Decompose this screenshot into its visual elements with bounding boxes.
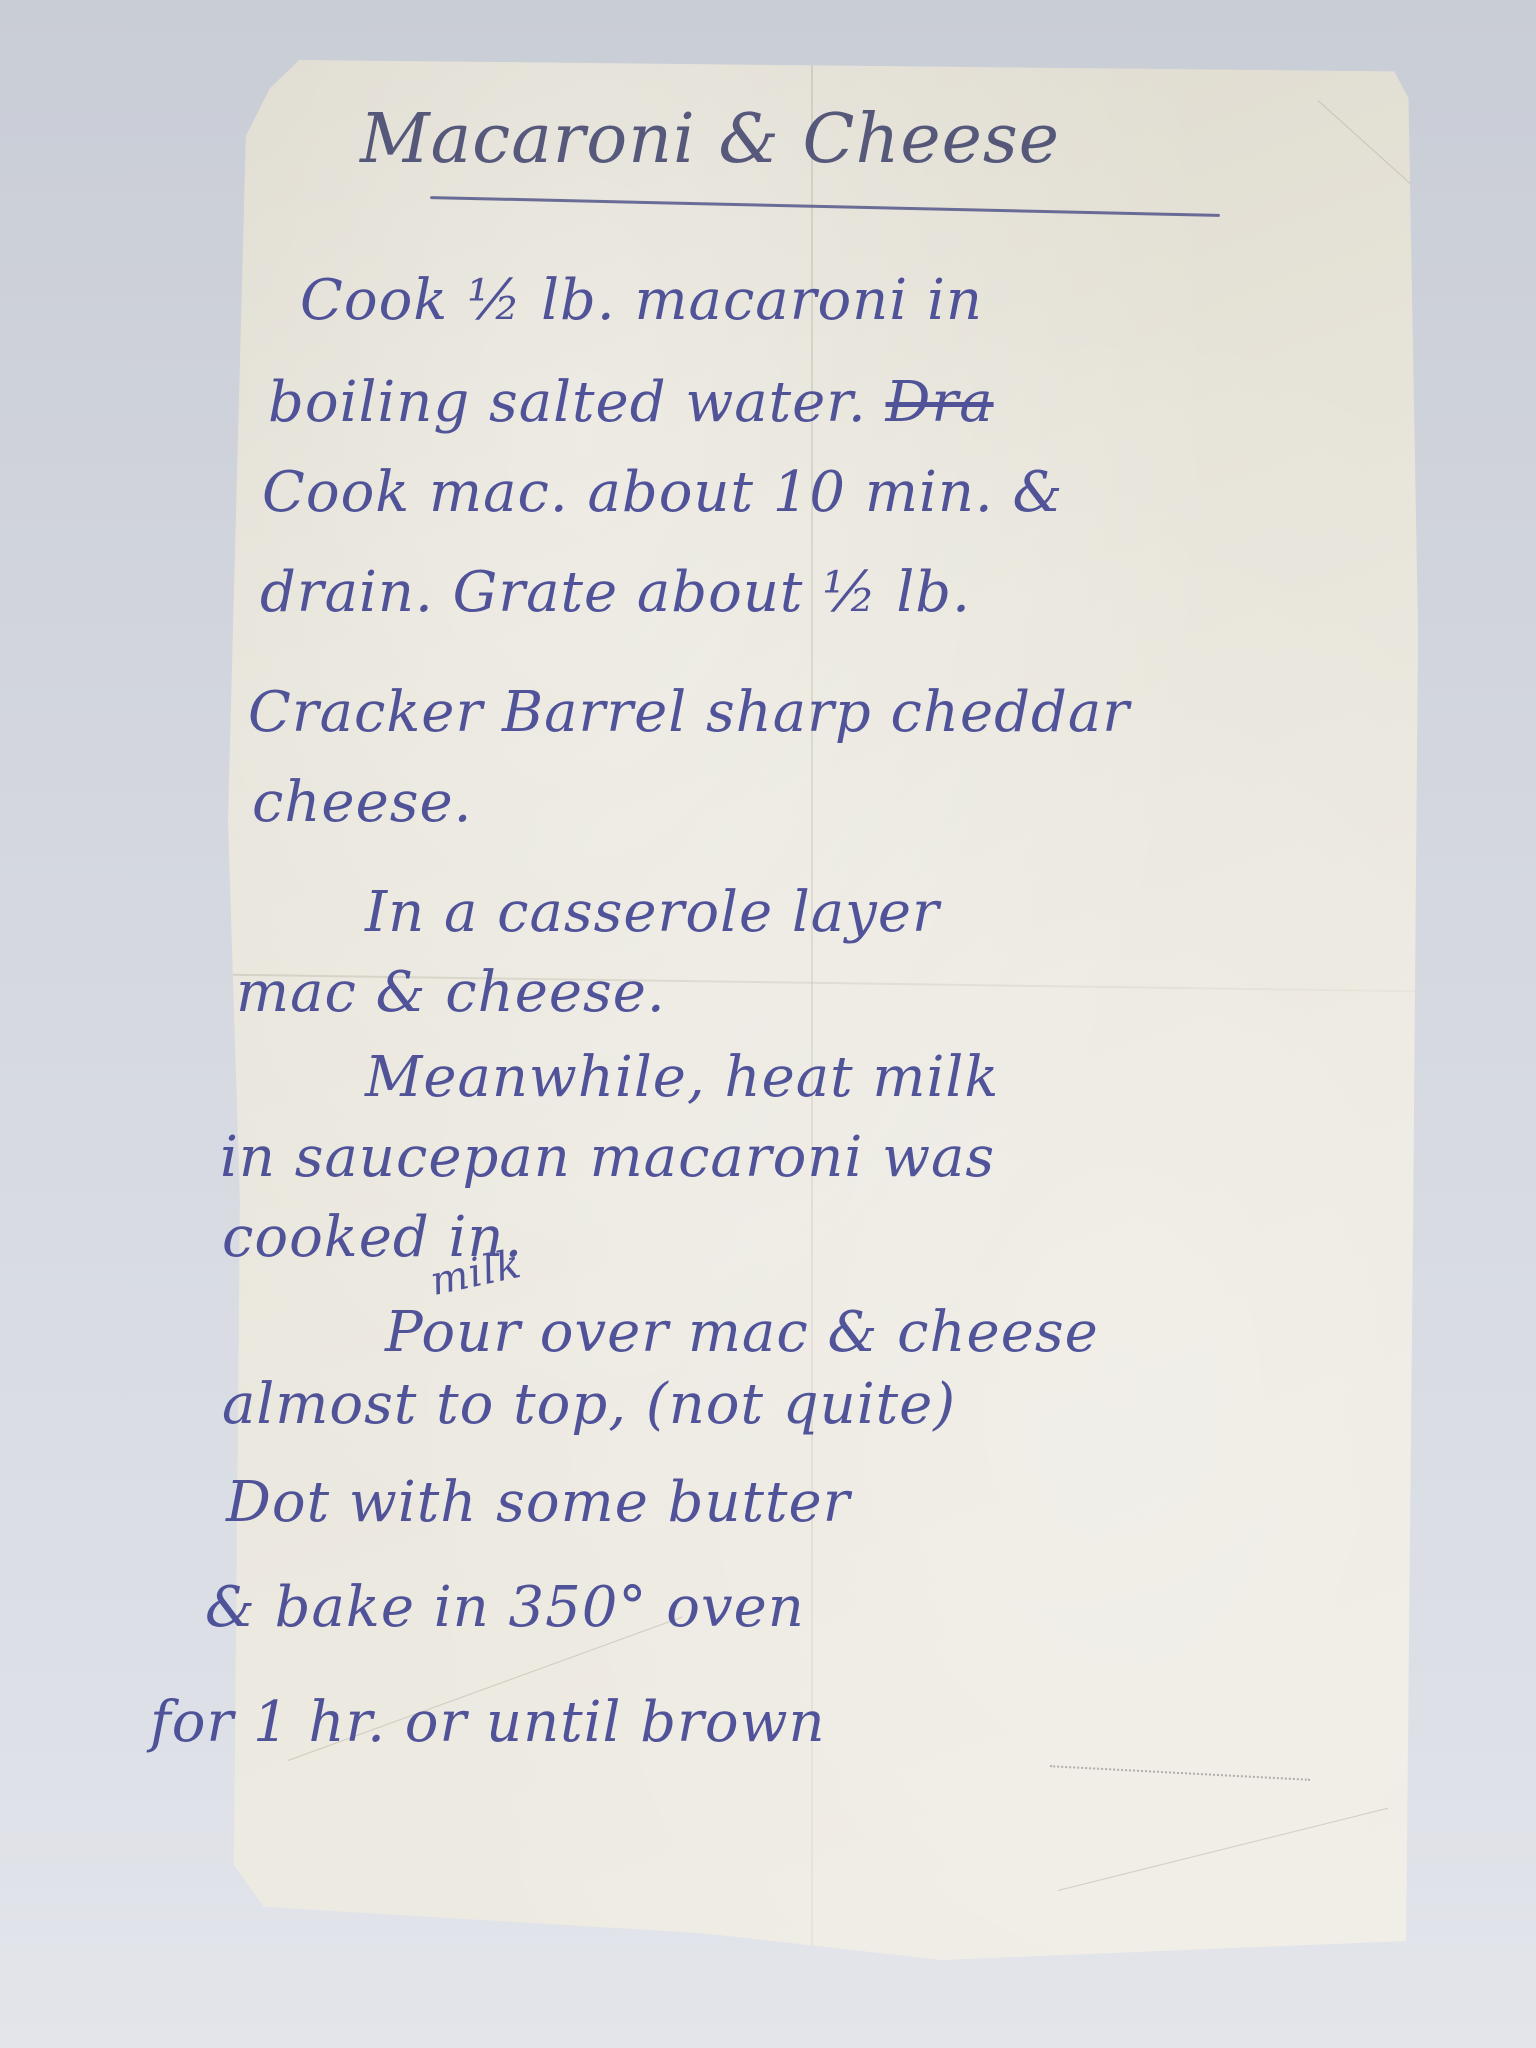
recipe-line: In a casserole layer [365,880,940,945]
recipe-line: Pour over mac & cheese [385,1300,1099,1365]
recipe-title: Macaroni & Cheese [360,100,1060,179]
recipe-line: Cook ½ lb. macaroni in [300,268,983,333]
recipe-line: for 1 hr. or until brown [150,1690,826,1755]
recipe-line: almost to top, (not quite) [222,1372,956,1437]
recipe-line: Meanwhile, heat milk [365,1045,999,1110]
recipe-line: & bake in 350° oven [205,1575,805,1640]
vertical-fold-crease [811,60,813,1960]
recipe-line: cheese. [252,770,472,835]
recipe-line: boiling salted water. Dra [268,370,994,435]
recipe-line-text: boiling salted water. [268,370,867,435]
paper-crease [1058,1808,1388,1891]
recipe-line: in saucepan macaroni was [220,1125,995,1190]
paper-crease [1318,100,1430,201]
recipe-line: Cook mac. about 10 min. & [262,460,1063,525]
struck-out-text: Dra [886,370,994,435]
recipe-line: Cracker Barrel sharp cheddar [248,680,1130,745]
recipe-line: mac & cheese. [236,960,666,1025]
recipe-line: Dot with some butter [226,1470,850,1535]
recipe-line: drain. Grate about ½ lb. [260,560,971,625]
